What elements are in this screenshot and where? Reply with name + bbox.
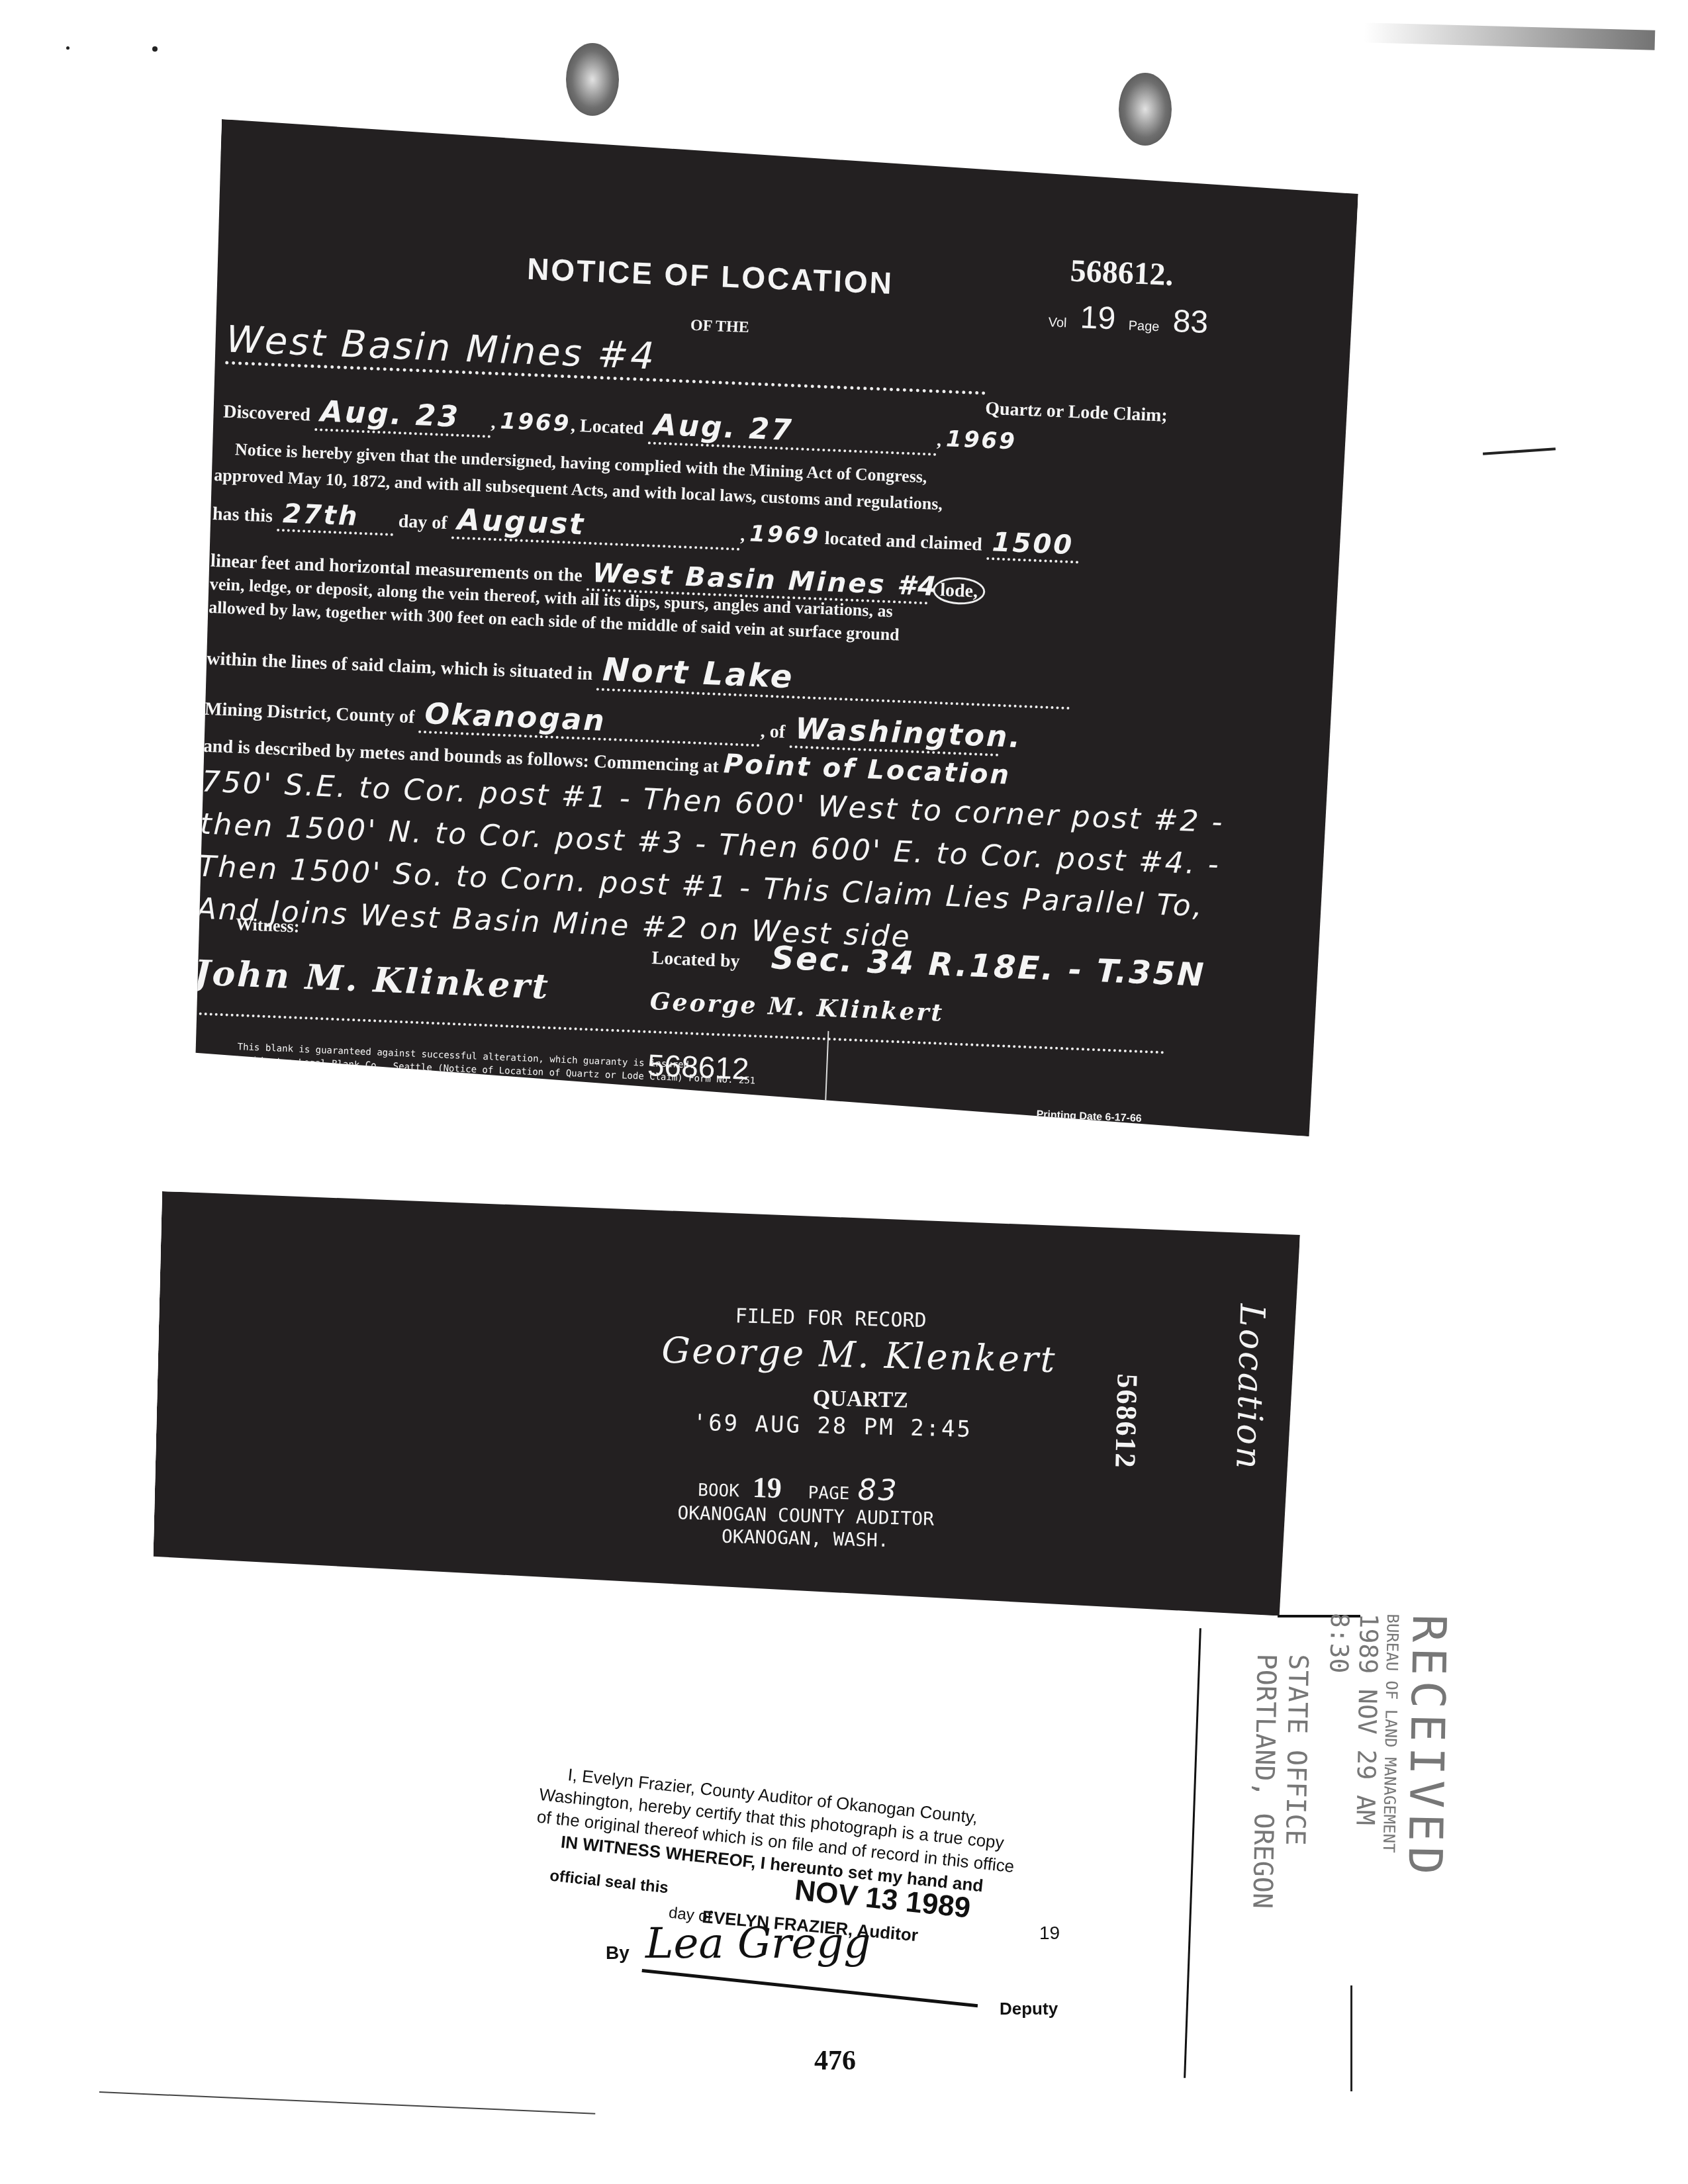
form-divider bbox=[824, 1031, 829, 1124]
filer-signature: George M. Klenkert bbox=[661, 1330, 1058, 1381]
received-title: RECEIVED bbox=[1397, 1614, 1456, 1881]
page-value: 83 bbox=[1172, 304, 1209, 340]
volume-page-stamp: Vol19Page83 bbox=[1035, 298, 1209, 341]
document-number: 568612. bbox=[1070, 253, 1174, 293]
state-office-stamp: STATE OFFICE PORTLAND, OREGON bbox=[1246, 1653, 1314, 1909]
month-value: August bbox=[451, 502, 741, 550]
state-office-line-2: PORTLAND, OREGON bbox=[1246, 1653, 1282, 1909]
county-auditor-stamp: OKANOGAN COUNTY AUDITOR OKANOGAN, WASH. bbox=[677, 1502, 934, 1553]
day-of-label: day of bbox=[398, 511, 447, 533]
bottom-scan-line bbox=[99, 2091, 595, 2115]
notice-of-location-form: NOTICE OF LOCATION OF THE 568612. Vol19P… bbox=[183, 119, 1360, 1137]
printing-date: Printing Date 6-17-66 bbox=[1036, 1109, 1142, 1125]
year-prefix: 19 bbox=[1039, 1923, 1060, 1944]
page-label: PAGE bbox=[808, 1483, 849, 1504]
volume-value: 19 bbox=[1080, 300, 1116, 336]
located-year: 1969 bbox=[945, 426, 1017, 455]
book-value: 19 bbox=[752, 1471, 782, 1504]
located-claimed-label: located and claimed bbox=[824, 528, 982, 555]
page-number: 476 bbox=[814, 2045, 856, 2077]
discovered-value: Aug. 23 bbox=[314, 394, 492, 438]
bottom-right-border bbox=[1350, 1985, 1352, 2091]
punch-hole bbox=[1119, 73, 1172, 146]
filing-timestamp: '69 AUG 28 PM 2:45 bbox=[692, 1410, 972, 1443]
form-subtitle: OF THE bbox=[690, 317, 750, 338]
boundary-description: 750' S.E. to Cor. post #1 - Then 600' We… bbox=[196, 761, 1235, 972]
discovered-year: 1969 bbox=[500, 408, 571, 437]
body-line-7: within the lines of said claim, which is… bbox=[207, 649, 593, 684]
vertical-handwritten-note: Location bbox=[1228, 1304, 1272, 1472]
deputy-signature: Lea Gregg bbox=[645, 1919, 870, 1968]
feet-value: 1500 bbox=[986, 527, 1080, 564]
punch-hole bbox=[566, 43, 619, 116]
claim-type-stamp: QUARTZ bbox=[812, 1386, 908, 1414]
received-datetime: 1989 NOV 29 AM 8:30 bbox=[1321, 1613, 1383, 1880]
received-stamp: RECEIVED BUREAU OF LAND MANAGEMENT 1989 … bbox=[1321, 1613, 1456, 1881]
scan-speck bbox=[152, 46, 158, 52]
claim-name: West Basin Mines #4 bbox=[225, 318, 988, 395]
scan-edge-shadow bbox=[1364, 23, 1656, 50]
located-label: Located bbox=[580, 416, 645, 439]
state-office-line-1: STATE OFFICE bbox=[1278, 1654, 1314, 1909]
deputy-signature-line bbox=[641, 1969, 978, 2007]
state-value: Washington. bbox=[789, 711, 1000, 756]
district-value: Nort Lake bbox=[596, 651, 1072, 709]
book-label: BOOK bbox=[698, 1480, 739, 1502]
footer-document-number: 568612 bbox=[647, 1047, 750, 1087]
has-this-label: has this bbox=[212, 504, 273, 527]
form-title: NOTICE OF LOCATION bbox=[526, 251, 894, 301]
page-label: Page bbox=[1128, 318, 1160, 334]
lode-circled: lode, bbox=[933, 576, 986, 606]
official-seal-label: official seal this bbox=[549, 1867, 669, 1898]
locator-signature: George M. Klinkert bbox=[649, 987, 945, 1027]
page-value: 83 bbox=[857, 1473, 899, 1508]
district-label: Mining District, County of bbox=[205, 699, 415, 728]
witness-label: Witness: bbox=[236, 915, 300, 937]
filing-record-panel: FILED FOR RECORD George M. Klenkert QUAR… bbox=[152, 1191, 1300, 1616]
discovered-label: Discovered bbox=[223, 401, 311, 425]
located-by-label: Located by bbox=[651, 948, 740, 972]
vertical-document-number: 568612 bbox=[1108, 1373, 1145, 1469]
by-label: By bbox=[606, 1942, 630, 1964]
scan-speck bbox=[66, 46, 70, 50]
deputy-label: Deputy bbox=[1000, 1999, 1058, 2019]
volume-label: Vol bbox=[1048, 315, 1067, 330]
witness-signature: John M. Klinkert bbox=[193, 952, 551, 1007]
certificate-border bbox=[1184, 1628, 1201, 2078]
filed-for-record-label: FILED FOR RECORD bbox=[735, 1304, 927, 1332]
book-page-row: BOOK19PAGE83 bbox=[698, 1469, 899, 1508]
state-label: of bbox=[769, 721, 786, 743]
year-value: 1969 bbox=[749, 521, 821, 550]
day-value: 27th bbox=[277, 498, 395, 536]
margin-mark bbox=[1483, 447, 1556, 455]
located-value: Aug. 27 bbox=[648, 408, 938, 455]
